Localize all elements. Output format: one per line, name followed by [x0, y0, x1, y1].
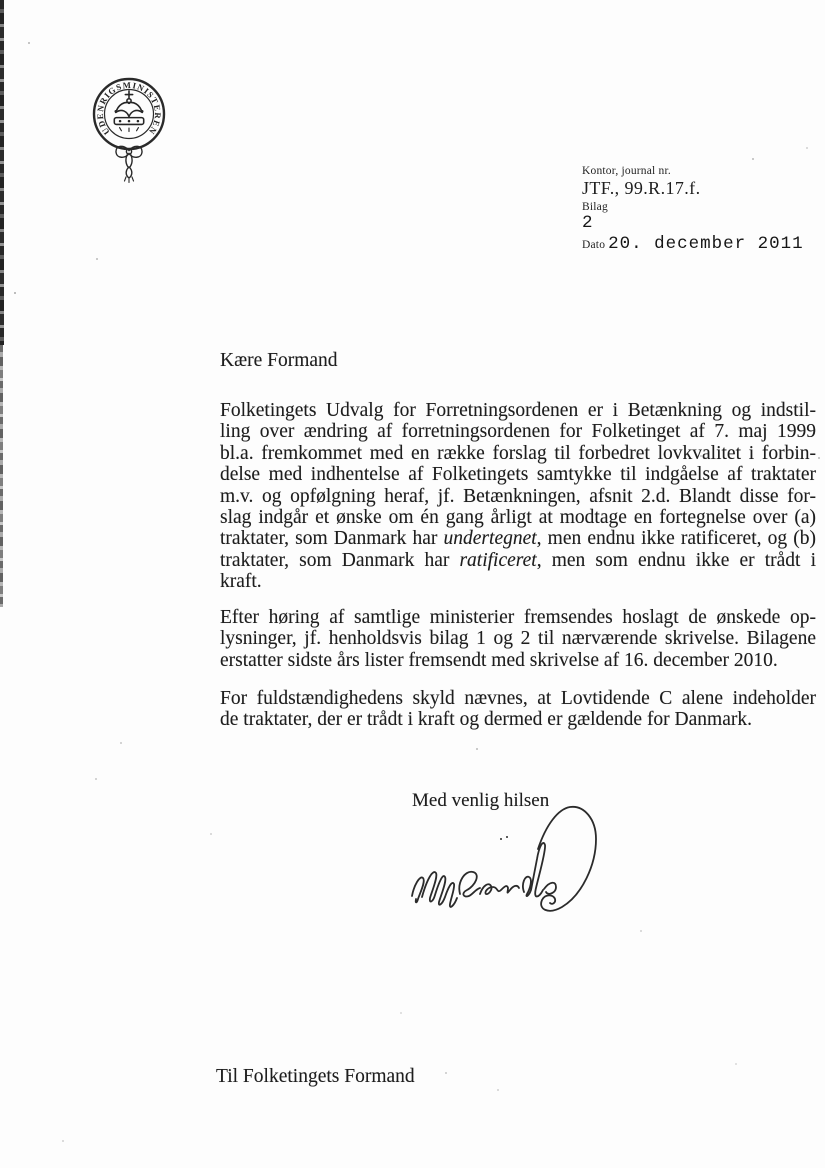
letter-line: lysninger, jf. henholdsvis bilag 1 og 2 … — [220, 628, 816, 649]
letter-line: m.v. og opfølgning heraf, jf. Betænkning… — [220, 486, 816, 507]
line-text: , men som endnu ikke er trådt i — [537, 550, 816, 571]
letter-body: Kære Formand Folketingets Udvalg for For… — [220, 350, 816, 731]
journal-label: Kontor, journal nr. — [582, 165, 820, 178]
line-text: ling over ændring af forretningsordenen … — [220, 421, 816, 442]
date-row: Dato 20. december 2011 — [582, 235, 820, 254]
letter-line: traktater, som Danmark har ratificeret, … — [220, 550, 816, 571]
line-text: slag indgår et ønske om én gang årligt a… — [220, 507, 816, 528]
date-label: Dato — [582, 239, 605, 252]
letter-line: For fuldstændighedens skyld nævnes, at L… — [220, 688, 816, 709]
crown-icon — [114, 91, 143, 132]
line-text: m.v. og opfølgning heraf, jf. Betænkning… — [220, 486, 816, 507]
ministry-seal: UDENRIGSMINISTEREN — [83, 62, 175, 184]
letter-line: delse med indhentelse af Folketingets sa… — [220, 464, 816, 485]
line-text: lysninger, jf. henholdsvis bilag 1 og 2 … — [220, 628, 816, 649]
letter-line: slag indgår et ønske om én gang årligt a… — [220, 507, 816, 528]
ribbon-bow-icon — [116, 146, 142, 182]
letter-line: Efter høring af samtlige ministerier fre… — [220, 607, 816, 628]
line-text: traktater, som Danmark har — [220, 550, 459, 571]
date-value: 20. december 2011 — [608, 235, 804, 254]
line-text: Efter høring af samtlige ministerier fre… — [220, 607, 816, 628]
letter-line: de traktater, der er trådt i kraft og de… — [220, 709, 816, 730]
scan-edge-artifact — [0, 345, 3, 607]
line-text: delse med indhentelse af Folketingets sa… — [220, 464, 816, 485]
line-text: For fuldstændighedens skyld nævnes, at L… — [220, 688, 816, 709]
line-text: kraft. — [220, 571, 262, 592]
handwritten-signature-icon — [400, 797, 610, 917]
letter-line: kraft. — [220, 571, 816, 592]
line-text: Folketingets Udvalg for Forretningsorden… — [220, 400, 816, 421]
emphasized-text: undertegnet — [444, 528, 537, 549]
letter-line: ling over ændring af forretningsordenen … — [220, 421, 816, 442]
letter-line: bl.a. fremkommet med en række forslag ti… — [220, 443, 816, 464]
letter-line: erstatter sidste års lister fremsendt me… — [220, 650, 816, 671]
paragraph-1: Folketingets Udvalg for Forretningsorden… — [220, 400, 816, 593]
line-text: bl.a. fremkommet med en række forslag ti… — [220, 443, 816, 464]
scan-edge-artifact — [0, 0, 4, 345]
reference-block: Kontor, journal nr. JTF., 99.R.17.f. Bil… — [582, 165, 820, 254]
emphasized-text: ratificeret — [459, 550, 536, 571]
letter-line: traktater, som Danmark har undertegnet, … — [220, 528, 816, 549]
line-text: de traktater, der er trådt i kraft og de… — [220, 709, 752, 730]
journal-value: JTF., 99.R.17.f. — [582, 178, 820, 198]
attachment-label: Bilag — [582, 201, 820, 214]
paragraph-3: For fuldstændighedens skyld nævnes, at L… — [220, 688, 816, 731]
letter-line: Folketingets Udvalg for Forretningsorden… — [220, 400, 816, 421]
scanned-letter-page: UDENRIGSMINISTEREN Kontor, journal — [0, 0, 825, 1168]
paragraph-2: Efter høring af samtlige ministerier fre… — [220, 607, 816, 671]
line-text: , men endnu ikke ratificeret, og (b) — [537, 528, 816, 549]
line-text: traktater, som Danmark har — [220, 528, 444, 549]
scan-noise — [0, 0, 2, 2]
attachment-value: 2 — [582, 214, 820, 233]
salutation: Kære Formand — [220, 350, 816, 371]
recipient-line: Til Folketingets Formand — [216, 1066, 415, 1088]
line-text: erstatter sidste års lister fremsendt me… — [220, 650, 778, 671]
